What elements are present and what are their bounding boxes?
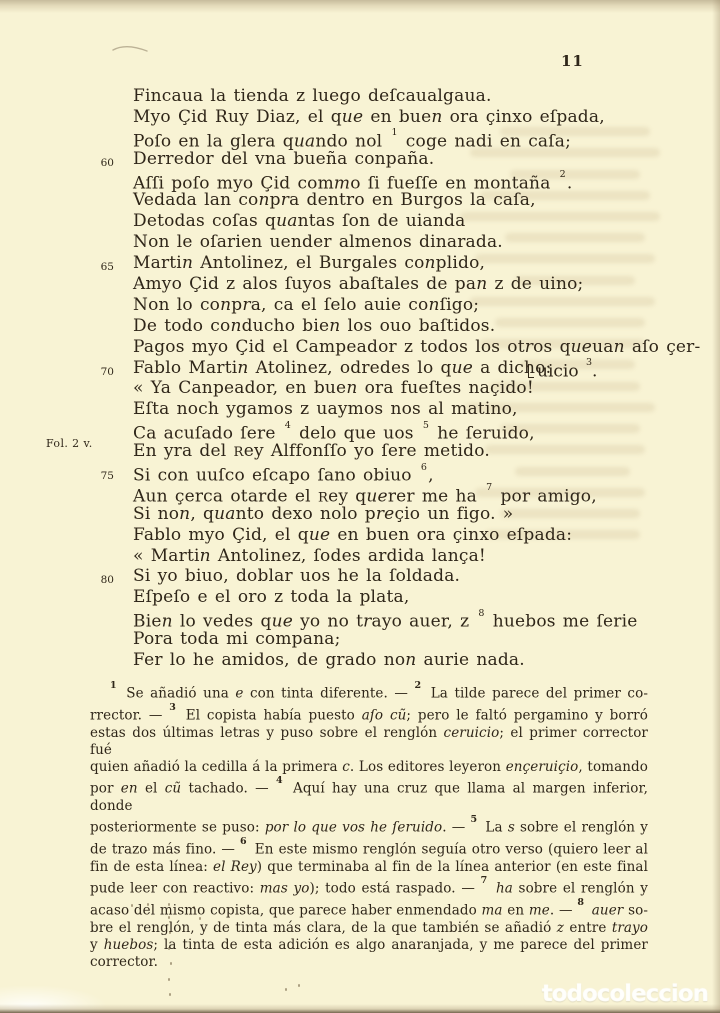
verse-line: « Ya Canpeador, en buen ora fueſtes naçi… [0, 378, 720, 399]
verse-text: Fincaua la tienda z luego deſcaualgaua. [133, 86, 720, 107]
book-page-photo: 11 Fincaua la tienda z luego deſcaualgau… [0, 0, 720, 1013]
verse-text: Pora toda mi compana; [133, 629, 720, 650]
verse-line: Pagos myo Çid el Campeador z todos los o… [0, 337, 720, 358]
verse-line: 80Si yo biuo, doblar uos he la ſoldada. [0, 566, 720, 587]
verse-text: En yra del rey Alffonſſo yo ſere metido. [133, 441, 720, 464]
footnote-line: y huebos; la tinta de esta adición es al… [90, 937, 648, 954]
footnote-line: rrector. — 3 El copista había puesto aſo… [90, 703, 648, 725]
footnote-line: pude leer con reactivo: mas yo); todo es… [90, 876, 648, 898]
verse-text: Detodas coſas quantas ſon de uianda [133, 211, 720, 232]
verse-text: Non lo conpra, ca el ſelo auie conſigo; [133, 295, 720, 316]
footnotes-block: 1 Se añadió una e con tinta diferente. —… [90, 681, 648, 971]
verse-line: Bien lo vedes que yo no trayo auer, z 8 … [0, 608, 720, 629]
footnote-line: posteriormente se puso: por lo que vos h… [90, 815, 648, 837]
footnote-line: fin de esta línea: el Rey) que terminaba… [90, 859, 648, 876]
footnote-line: acaso del mismo copista, que parece habe… [90, 898, 648, 920]
verse-text: Eſta noch ygamos z uaymos nos al matino, [133, 399, 720, 420]
verse-line: Si non, quanto dexo nolo preçio un figo.… [0, 504, 720, 525]
footnote-line: quien añadió la cedilla á la primera c. … [90, 759, 648, 776]
verse-line: Non lo conpra, ca el ſelo auie conſigo; [0, 295, 720, 316]
photo-glare [0, 968, 170, 1013]
verse-line: Amyo Çid z alos ſuyos abaſtales de pan z… [0, 274, 720, 295]
verse-line: Ca acuſado ſere 4 delo que uos 5 he ſeru… [0, 420, 720, 441]
verse-text: « Ya Canpeador, en buen ora fueſtes naçi… [133, 378, 720, 399]
verse-text: Si non, quanto dexo nolo preçio un figo.… [133, 504, 720, 525]
verse-line: Fer lo he amidos, de grado non aurie nad… [0, 650, 720, 671]
verse-text: Si yo biuo, doblar uos he la ſoldada. [133, 566, 720, 587]
footnote-line: por en el cũ tachado. — 4 Aquí hay una c… [90, 776, 648, 815]
folio-margin-note: Fol. 2 v. [46, 437, 93, 450]
verse-text: De todo conducho bien los ouo baſtidos. [133, 316, 720, 337]
verse-line: Poſo en la glera quando nol 1 coge nadi … [0, 128, 720, 149]
verse-text: Vedada lan conpra dentro en Burgos la ca… [133, 190, 720, 211]
verse-text: Martin Antolinez, el Burgales conplido, [133, 253, 720, 274]
footnote-line: bre el renglón, y de tinta más clara, de… [90, 920, 648, 937]
verse-line: En yra del rey Alffonſſo yo ſere metido. [0, 441, 720, 462]
verse-line: Eſpeſo e el oro z toda la plata, [0, 587, 720, 608]
verse-line: Eſta noch ygamos z uaymos nos al matino, [0, 399, 720, 420]
verse-text: Derredor del vna bueña conpaña. [133, 149, 720, 170]
verse-line: 75Si con uuſco eſcapo ſano obiuo 6, [0, 462, 720, 483]
verse-line: Fincaua la tienda z luego deſcaualgaua. [0, 86, 720, 107]
verse-text: Fer lo he amidos, de grado non aurie nad… [133, 650, 720, 671]
verse-line: Aun çerca otarde el rey querer me ha 7 p… [0, 483, 720, 504]
verse-text: Non le oſarien uender almenos dinarada. [133, 232, 720, 253]
verse-line: Vedada lan conpra dentro en Burgos la ca… [0, 190, 720, 211]
footnote-line: de trazo más fino. — 6 En este mismo ren… [90, 837, 648, 859]
verse-line: Myo Çid Ruy Diaz, el que en buen ora çin… [0, 107, 720, 128]
footnote-line: 1 Se añadió una e con tinta diferente. —… [90, 681, 648, 703]
verse-text: « Martin Antolinez, ſodes ardida lança! [133, 546, 720, 567]
verse-line: 60Derredor del vna bueña conpaña. [0, 149, 720, 170]
verse-text: Eſpeſo e el oro z toda la plata, [133, 587, 720, 608]
verse-line: Non le oſarien uender almenos dinarada. [0, 232, 720, 253]
verse-line: Aſſi poſo myo Çid commo ſi fueſſe en mon… [0, 170, 720, 191]
verse-line: De todo conducho bien los ouo baſtidos. [0, 316, 720, 337]
page-number: 11 [561, 52, 584, 70]
verse-text: Fablo Martin Atolinez, odredes lo que a … [133, 358, 720, 379]
verse-text: Amyo Çid z alos ſuyos abaſtales de pan z… [133, 274, 720, 295]
verse-text: Myo Çid Ruy Diaz, el que en buen ora çin… [133, 107, 720, 128]
footnote-line: corrector. [90, 954, 648, 971]
verse-text: Pagos myo Çid el Campeador z todos los o… [133, 337, 720, 358]
verse-line: Pora toda mi compana; [0, 629, 720, 650]
pencil-smudge-mark [110, 42, 170, 58]
verse-line: Fablo myo Çid, el que en buen ora çinxo … [0, 525, 720, 546]
verse-line: 65Martin Antolinez, el Burgales conplido… [0, 253, 720, 274]
photo-top-edge [0, 0, 720, 13]
verse-block: Fincaua la tienda z luego deſcaualgaua.M… [0, 86, 720, 671]
verse-line: « Martin Antolinez, ſodes ardida lança! [0, 546, 720, 567]
verse-text: Fablo myo Çid, el que en buen ora çinxo … [133, 525, 720, 546]
watermark-text: todocoleccion [542, 981, 708, 1007]
verse-line: Detodas coſas quantas ſon de uianda [0, 211, 720, 232]
footnote-line: estas dos últimas letras y puso sobre el… [90, 725, 648, 760]
verse-line: 70Fablo Martin Atolinez, odredes lo que … [0, 358, 720, 379]
